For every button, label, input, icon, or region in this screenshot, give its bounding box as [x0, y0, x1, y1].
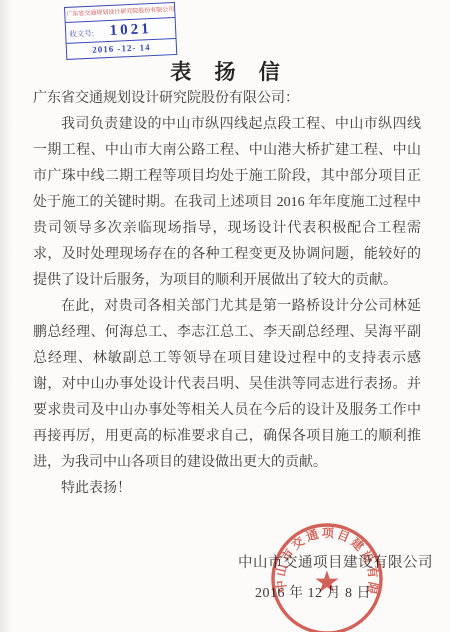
closing-line: 特此表扬！ [33, 476, 421, 502]
letter-title: 表 扬 信 [0, 56, 450, 86]
scan-edge-shadow [0, 0, 14, 632]
receipt-stamp: 广东省交通规划设计研究院股份有限公司 收文号: 1021 2016 -12- 1… [64, 2, 177, 60]
salutation: 广东省交通规划设计研究院股份有限公司： [33, 86, 421, 112]
letter-page: 广东省交通规划设计研究院股份有限公司 收文号: 1021 2016 -12- 1… [0, 0, 450, 632]
signature-date: 2016 年 12 月 8 日 [238, 582, 443, 602]
paragraph-2: 在此，对贵司各相关部门尤其是第一路桥设计分公司林延鹏总经理、何海总工、李志江总工… [33, 294, 421, 476]
signature-company: 中山市交通项目建设有限公司 [238, 551, 443, 572]
paragraph-1: 我司负责建设的中山市纵四线起点段工程、中山市纵四线一期工程、中山市大南公路工程、… [33, 112, 421, 294]
receipt-number-value: 1021 [109, 21, 152, 40]
signature-block: 中山市交通项目建设有限公司 2016 年 12 月 8 日 [238, 551, 443, 602]
receipt-number-label: 收文号: [69, 28, 94, 40]
letter-body: 广东省交通规划设计研究院股份有限公司： 我司负责建设的中山市纵四线起点段工程、中… [33, 86, 421, 502]
